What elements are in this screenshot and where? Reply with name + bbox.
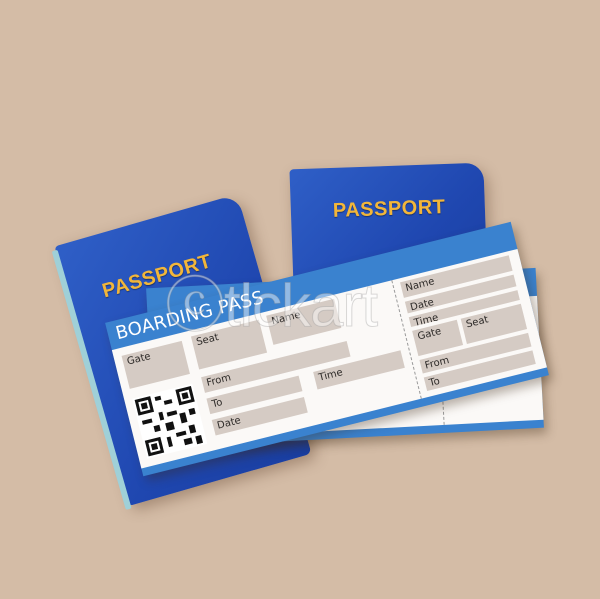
passport-title: PASSPORT [333, 196, 446, 223]
field-name: Name [266, 299, 341, 345]
field-seat: Seat [191, 320, 267, 370]
field-gate: Gate [122, 341, 190, 389]
travel-documents-scene: PASSPORT PASSPORT Time Seat From To BOAR… [0, 0, 600, 599]
qr-code-icon [132, 384, 207, 459]
